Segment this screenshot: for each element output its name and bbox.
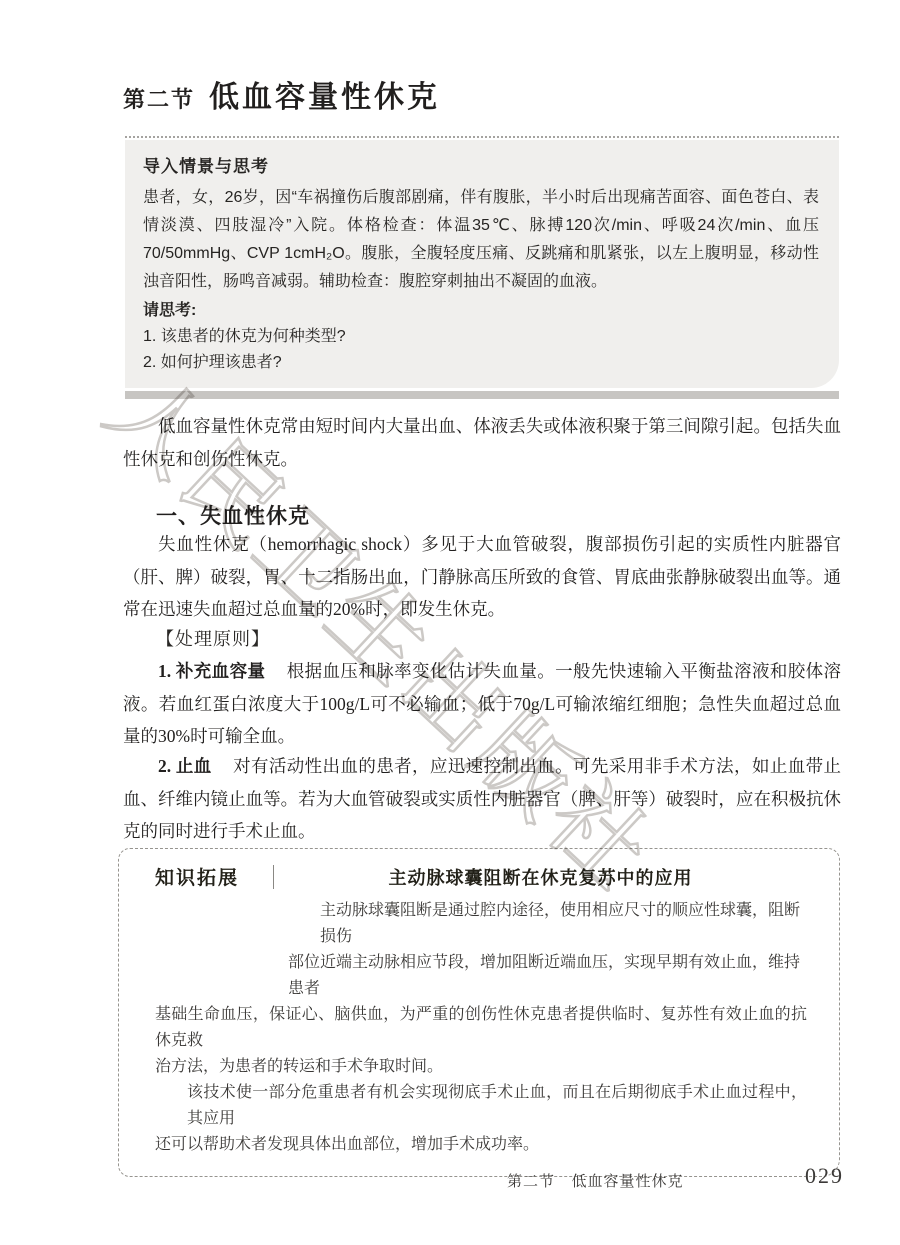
section-number: 第二节	[123, 83, 195, 114]
intro-paragraph: 低血容量性休克常由短时间内大量出血、体液丢失或体液积聚于第三间隙引起。包括失血性…	[123, 410, 841, 475]
case-scenario-box: 导入情景与思考 患者，女，26岁，因“车祸撞伤后腹部剧痛，伴有腹胀，半小时后出现…	[125, 140, 839, 388]
subsection-heading: 一、失血性休克	[156, 500, 310, 530]
page-title: 第二节 低血容量性休克	[123, 72, 841, 116]
knowledge-expansion-box: 知识拓展 主动脉球囊阻断在休克复苏中的应用 主动脉球囊阻断是通过腔内途径，使用相…	[118, 848, 840, 1177]
page-number: 029	[805, 1163, 844, 1189]
principle-item-2-text: 对有活动性出血的患者，应迅速控制出血。可先采用非手术方法，如止血带止血、纤维内镜…	[123, 756, 841, 841]
knowledge-text-line: 还可以帮助术者发现具体出血部位，增加手术成功率。	[155, 1132, 807, 1158]
knowledge-box-header: 知识拓展 主动脉球囊阻断在休克复苏中的应用	[155, 863, 807, 890]
knowledge-text-line: 基础生命血压，保证心、脑供血，为严重的创伤性休克患者提供临时、复苏性有效止血的抗…	[155, 1002, 807, 1054]
footer-section-number: 第二节	[507, 1174, 555, 1190]
case-box-heading: 导入情景与思考	[143, 152, 819, 177]
hemorrhagic-shock-paragraph: 失血性休克（hemorrhagic shock）多见于大血管破裂，腹部损伤引起的…	[123, 528, 841, 626]
knowledge-text-line: 主动脉球囊阻断是通过腔内途径，使用相应尺寸的顺应性球囊，阻断损伤	[320, 898, 807, 950]
think-question-1: 1. 该患者的休克为何种类型?	[143, 324, 819, 350]
principle-item-1: 1. 补充血容量根据血压和脉率变化估计失血量。一般先快速输入平衡盐溶液和胶体溶液…	[123, 655, 841, 753]
think-question-2: 2. 如何护理该患者?	[143, 350, 819, 376]
knowledge-box-label: 知识拓展	[155, 863, 273, 890]
principles-label: 【处理原则】	[156, 625, 270, 651]
principle-item-2: 2. 止血对有活动性出血的患者，应迅速控制出血。可先采用非手术方法，如止血带止血…	[123, 750, 841, 848]
section-title: 低血容量性休克	[209, 72, 440, 116]
footer-running-title: 第二节低血容量性休克	[507, 1170, 684, 1191]
case-scenario-block: 导入情景与思考 患者，女，26岁，因“车祸撞伤后腹部剧痛，伴有腹胀，半小时后出现…	[125, 136, 839, 399]
dotted-rule	[125, 136, 839, 138]
knowledge-text-line: 该技术使一部分危重患者有机会实现彻底手术止血，而且在后期彻底手术止血过程中，其应…	[187, 1080, 807, 1132]
case-text: 患者，女，26岁，因“车祸撞伤后腹部剧痛，伴有腹胀，半小时后出现痛苦面容、面色苍…	[143, 184, 819, 296]
box-bottom-bar	[125, 391, 839, 399]
think-label: 请思考:	[143, 298, 819, 324]
knowledge-text-line: 治方法，为患者的转运和手术争取时间。	[155, 1054, 807, 1080]
footer-section-title: 低血容量性休克	[572, 1174, 684, 1190]
knowledge-text-line: 部位近端主动脉相应节段，增加阻断近端血压，实现早期有效止血，维持患者	[288, 950, 807, 1002]
knowledge-box-title: 主动脉球囊阻断在休克复苏中的应用	[274, 864, 807, 890]
principle-item-1-label: 1. 补充血容量	[158, 661, 265, 681]
principle-item-2-label: 2. 止血	[158, 756, 212, 776]
textbook-page: 人民卫生出版社 第二节 低血容量性休克 导入情景与思考 患者，女，26岁，因“车…	[0, 0, 900, 1245]
